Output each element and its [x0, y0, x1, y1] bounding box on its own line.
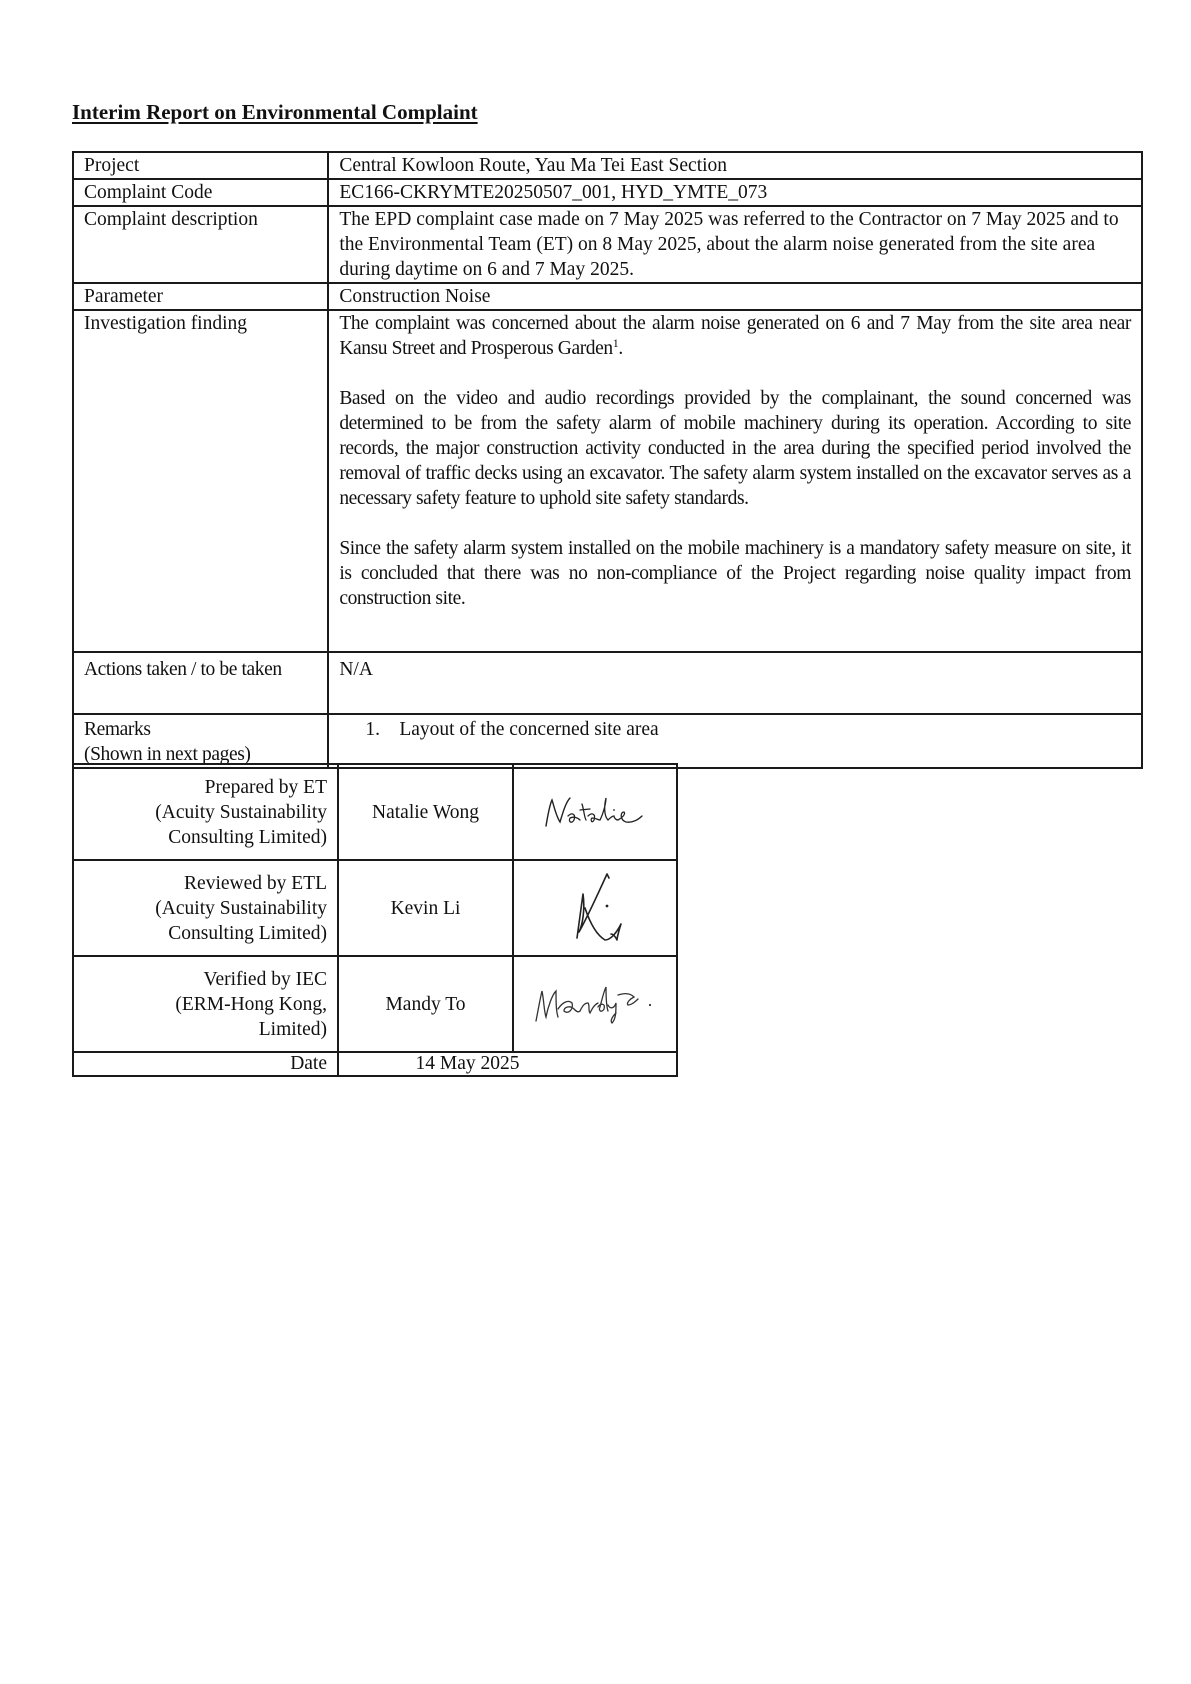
table-row-investigation-finding: Investigation finding The complaint was …: [73, 310, 1142, 652]
actions-label: Actions taken / to be taken: [73, 652, 328, 714]
date-value: 14 May 2025: [338, 1052, 677, 1076]
signature-kevin-icon: [555, 868, 635, 948]
prepared-by-name: Natalie Wong: [338, 764, 513, 860]
reviewed-by-title: Reviewed by ETL: [84, 871, 327, 896]
complaint-description-value: The EPD complaint case made on 7 May 202…: [328, 206, 1142, 283]
remarks-label-line-1: Remarks: [84, 717, 317, 742]
prepared-by-signature: [513, 764, 677, 860]
paragraph-spacer: [339, 361, 1131, 386]
signoff-row-date: Date 14 May 2025: [73, 1052, 677, 1076]
complaint-code-label: Complaint Code: [73, 179, 328, 206]
finding-paragraph-1-text: The complaint was concerned about the al…: [339, 313, 1131, 359]
complaint-code-value: EC166-CKRYMTE20250507_001, HYD_YMTE_073: [328, 179, 1142, 206]
verified-by-org-line-1: (ERM-Hong Kong,: [84, 992, 327, 1017]
table-row-complaint-description: Complaint description The EPD complaint …: [73, 206, 1142, 283]
prepared-by-title: Prepared by ET: [84, 775, 327, 800]
reviewed-by-signature: [513, 860, 677, 956]
signature-natalie-icon: [540, 792, 650, 832]
actions-value: N/A: [328, 652, 1142, 714]
table-row-remarks: Remarks (Shown in next pages) 1.Layout o…: [73, 714, 1142, 768]
reviewed-by-name: Kevin Li: [338, 860, 513, 956]
remarks-item-text: Layout of the concerned site area: [399, 719, 658, 740]
reviewed-by-org-line-2: Consulting Limited): [84, 921, 327, 946]
finding-paragraph-3: Since the safety alarm system installed …: [339, 536, 1131, 611]
paragraph-spacer: [339, 511, 1131, 536]
table-row-complaint-code: Complaint Code EC166-CKRYMTE20250507_001…: [73, 179, 1142, 206]
verified-by-role: Verified by IEC (ERM-Hong Kong, Limited): [73, 956, 338, 1052]
table-row-project: Project Central Kowloon Route, Yau Ma Te…: [73, 152, 1142, 179]
complaint-description-label: Complaint description: [73, 206, 328, 283]
remarks-label: Remarks (Shown in next pages): [73, 714, 328, 768]
finding-paragraph-2: Based on the video and audio recordings …: [339, 386, 1131, 511]
verified-by-signature: [513, 956, 677, 1052]
verified-by-name: Mandy To: [338, 956, 513, 1052]
project-label: Project: [73, 152, 328, 179]
signoff-table: Prepared by ET (Acuity Sustainability Co…: [72, 763, 678, 1077]
page-title: Interim Report on Environmental Complain…: [72, 100, 478, 125]
verified-by-org-line-2: Limited): [84, 1017, 327, 1042]
prepared-by-org-line-2: Consulting Limited): [84, 825, 327, 850]
verified-by-title: Verified by IEC: [84, 967, 327, 992]
signoff-row-verified: Verified by IEC (ERM-Hong Kong, Limited)…: [73, 956, 677, 1052]
finding-paragraph-1: The complaint was concerned about the al…: [339, 311, 1131, 361]
signature-mandy-icon: [530, 979, 660, 1029]
prepared-by-org-line-1: (Acuity Sustainability: [84, 800, 327, 825]
table-row-actions: Actions taken / to be taken N/A: [73, 652, 1142, 714]
signoff-row-reviewed: Reviewed by ETL (Acuity Sustainability C…: [73, 860, 677, 956]
remarks-list: 1.Layout of the concerned site area: [328, 714, 1142, 768]
parameter-value: Construction Noise: [328, 283, 1142, 310]
remarks-item-number: 1.: [365, 717, 399, 742]
reviewed-by-org-line-1: (Acuity Sustainability: [84, 896, 327, 921]
remarks-item: 1.Layout of the concerned site area: [365, 717, 1131, 742]
signoff-row-prepared: Prepared by ET (Acuity Sustainability Co…: [73, 764, 677, 860]
date-label: Date: [73, 1052, 338, 1076]
project-value: Central Kowloon Route, Yau Ma Tei East S…: [328, 152, 1142, 179]
investigation-finding-value: The complaint was concerned about the al…: [328, 310, 1142, 652]
table-row-parameter: Parameter Construction Noise: [73, 283, 1142, 310]
prepared-by-role: Prepared by ET (Acuity Sustainability Co…: [73, 764, 338, 860]
investigation-finding-label: Investigation finding: [73, 310, 328, 652]
finding-paragraph-1-end: .: [618, 338, 622, 359]
parameter-label: Parameter: [73, 283, 328, 310]
reviewed-by-role: Reviewed by ETL (Acuity Sustainability C…: [73, 860, 338, 956]
complaint-details-table: Project Central Kowloon Route, Yau Ma Te…: [72, 151, 1143, 769]
